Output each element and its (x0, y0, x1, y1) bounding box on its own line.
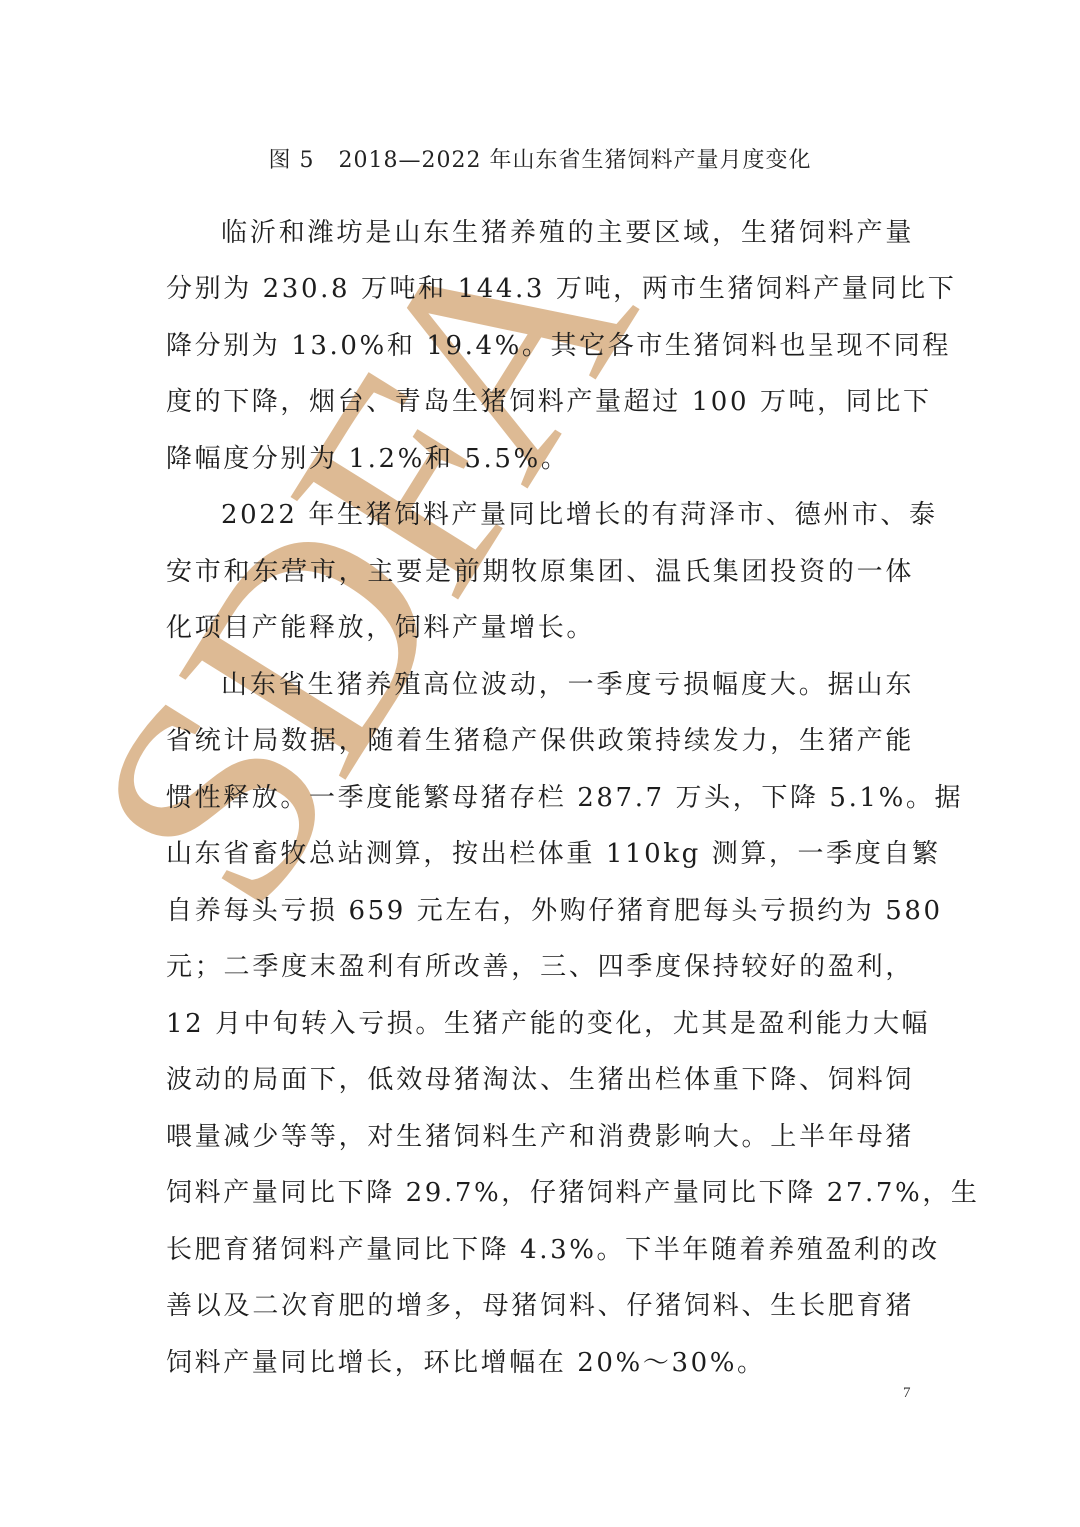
paragraph-2-line-1: 2022 年生猪饲料产量同比增长的有菏泽市、德州市、泰 (221, 498, 914, 532)
paragraph-1-line-3: 降分别为 13.0%和 19.4%。其它各市生猪饲料也呈现不同程 (166, 329, 914, 363)
paragraph-1-line-2: 分别为 230.8 万吨和 144.3 万吨，两市生猪饲料产量同比下 (166, 272, 914, 306)
paragraph-3-line-12: 善以及二次育肥的增多，母猪饲料、仔猪饲料、生长肥育猪 (166, 1289, 914, 1323)
paragraph-2-line-2: 安市和东营市，主要是前期牧原集团、温氏集团投资的一体 (166, 555, 914, 589)
paragraph-3-line-8: 波动的局面下，低效母猪淘汰、生猪出栏体重下降、饲料饲 (166, 1063, 914, 1097)
paragraph-3-line-11: 长肥育猪饲料产量同比下降 4.3%。下半年随着养殖盈利的改 (166, 1233, 914, 1267)
paragraph-3-line-4: 山东省畜牧总站测算，按出栏体重 110kg 测算，一季度自繁 (166, 837, 914, 871)
page-number: 7 (903, 1385, 911, 1402)
paragraph-3-line-13: 饲料产量同比增长，环比增幅在 20%～30%。 (166, 1346, 914, 1380)
paragraph-1-line-4: 度的下降，烟台、青岛生猪饲料产量超过 100 万吨，同比下 (166, 385, 914, 419)
paragraph-3-line-7: 12 月中旬转入亏损。生猪产能的变化，尤其是盈利能力大幅 (166, 1007, 914, 1041)
paragraph-3-line-10: 饲料产量同比下降 29.7%，仔猪饲料产量同比下降 27.7%，生 (166, 1176, 914, 1210)
paragraph-3-line-6: 元；二季度末盈利有所改善，三、四季度保持较好的盈利， (166, 950, 914, 984)
paragraph-1-line-5: 降幅度分别为 1.2%和 5.5%。 (166, 442, 914, 476)
paragraph-1-line-1: 临沂和潍坊是山东生猪养殖的主要区域，生猪饲料产量 (221, 216, 914, 250)
paragraph-3-line-1: 山东省生猪养殖高位波动，一季度亏损幅度大。据山东 (221, 668, 914, 702)
document-page: SDFA 图 5 2018—2022 年山东省生猪饲料产量月度变化 临沂和潍坊是… (0, 0, 1080, 1527)
paragraph-3-line-3: 惯性释放。一季度能繁母猪存栏 287.7 万头，下降 5.1%。据 (166, 781, 914, 815)
paragraph-3-line-5: 自养每头亏损 659 元左右，外购仔猪育肥每头亏损约为 580 (166, 894, 914, 928)
paragraph-3-line-2: 省统计局数据，随着生猪稳产保供政策持续发力，生猪产能 (166, 724, 914, 758)
paragraph-2-line-3: 化项目产能释放，饲料产量增长。 (166, 611, 914, 645)
figure-caption: 图 5 2018—2022 年山东省生猪饲料产量月度变化 (0, 143, 1080, 174)
paragraph-3-line-9: 喂量减少等等，对生猪饲料生产和消费影响大。上半年母猪 (166, 1120, 914, 1154)
